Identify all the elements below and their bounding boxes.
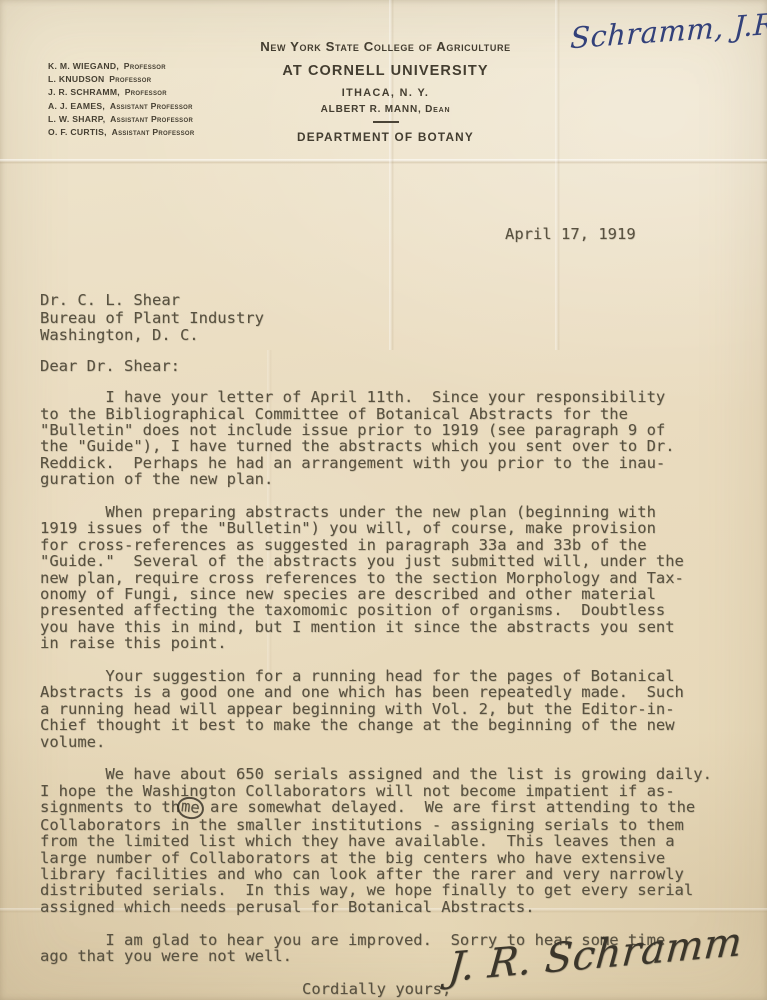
letter-body: I have your letter of April 11th. Since … (40, 389, 752, 997)
letter-content: Dr. C. L. Shear Bureau of Plant Industry… (40, 292, 752, 997)
faculty-title: Professor (109, 74, 151, 84)
recipient-address: Dr. C. L. Shear Bureau of Plant Industry… (40, 292, 752, 345)
faculty-row: L. W. SHARP, Assistant Professor (48, 112, 194, 125)
faculty-title: Professor (125, 87, 167, 97)
address-line-name: Dr. C. L. Shear (40, 292, 752, 310)
paragraph-4-text-after: are somewhat delayed. We are first atten… (40, 798, 695, 915)
institution-subtitle: AT CORNELL UNIVERSITY (213, 63, 558, 79)
institution-name: New York State College of Agriculture (213, 39, 558, 54)
paragraph-3: Your suggestion for a running head for t… (40, 668, 752, 750)
letterhead-center: New York State College of Agriculture AT… (213, 39, 558, 144)
divider-rule (373, 121, 399, 123)
faculty-title: Assistant Professor (110, 101, 193, 111)
filing-note: Schramm, J.R (570, 7, 767, 56)
address-line-city: Washington, D. C. (40, 327, 752, 345)
faculty-title: Assistant Professor (110, 114, 193, 124)
closing: Cordially yours, (40, 981, 752, 997)
dean-line: ALBERT R. MANN, Dean (213, 104, 558, 115)
address-line-org: Bureau of Plant Industry (40, 310, 752, 328)
faculty-title: Professor (124, 61, 166, 71)
faculty-list: K. M. WIEGAND, Professor L. KNUDSON Prof… (48, 59, 194, 138)
faculty-name: L. W. SHARP, (48, 114, 105, 124)
paragraph-4: We have about 650 serials assigned and t… (40, 766, 752, 915)
faculty-name: O. F. CURTIS, (48, 127, 107, 137)
paragraph-1: I have your letter of April 11th. Since … (40, 389, 752, 487)
faculty-title: Assistant Professor (112, 127, 195, 137)
date-line: April 17, 1919 (505, 225, 636, 243)
faculty-row: A. J. EAMES, Assistant Professor (48, 99, 194, 112)
department-name: DEPARTMENT OF BOTANY (213, 130, 558, 144)
faculty-name: A. J. EAMES, (48, 101, 105, 111)
faculty-name: L. KNUDSON (48, 74, 104, 84)
faculty-row: O. F. CURTIS, Assistant Professor (48, 125, 194, 138)
letter-page: Schramm, J.R K. M. WIEGAND, Professor L.… (0, 0, 767, 1000)
paragraph-2: When preparing abstracts under the new p… (40, 504, 752, 652)
institution-location: ITHACA, N. Y. (213, 87, 558, 99)
fold-crease-horizontal-top (0, 159, 767, 164)
salutation: Dear Dr. Shear: (40, 358, 752, 374)
faculty-row: K. M. WIEGAND, Professor (48, 59, 194, 72)
faculty-row: J. R. SCHRAMM, Professor (48, 85, 194, 98)
